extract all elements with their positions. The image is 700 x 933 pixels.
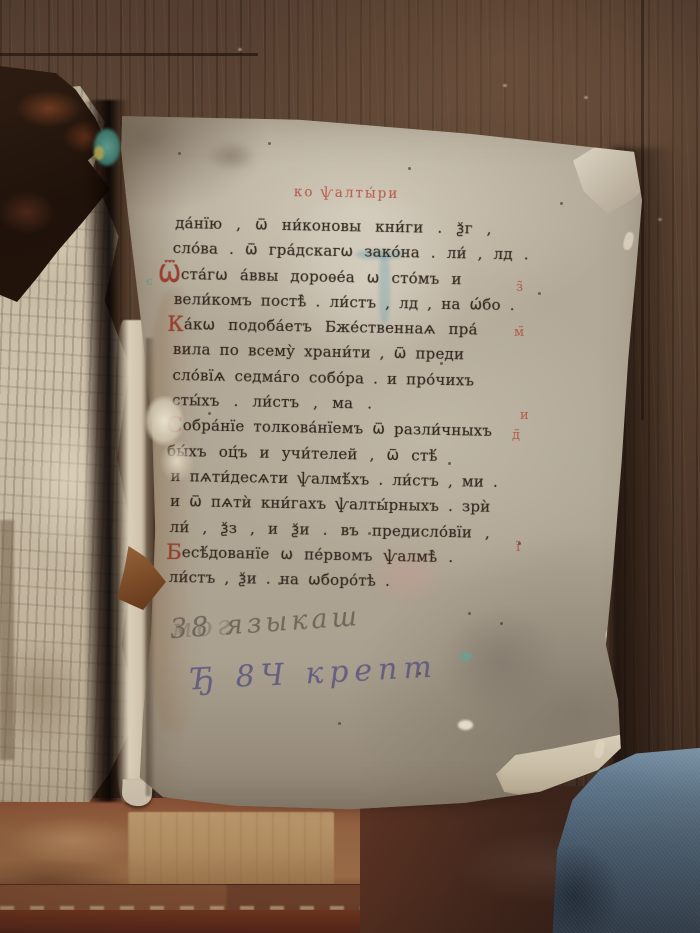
foxing-specks — [178, 152, 181, 155]
pencil-text-faint: мог — [169, 610, 235, 645]
printed-text-block: ко ѱалты́ри да́нїю , ѿ ни́коновы кни́ги … — [169, 182, 596, 598]
handwritten-note-ink: Ђ 8Ч крепт — [189, 650, 438, 698]
line-text: ли́стъ , ѯи . на ѡборо́тѣ . — [169, 565, 391, 594]
red-margin-mark: д̃ — [512, 428, 520, 443]
endband-gold-thread — [94, 146, 104, 160]
teal-ink-dot — [460, 652, 472, 661]
red-initial: К — [167, 312, 184, 336]
red-margin-mark: м̃ — [514, 325, 524, 340]
floor-bottom-board — [0, 910, 402, 933]
text-lines: да́нїю , ѿ ни́коновы кни́ги . ѯг , сло́в… — [169, 211, 596, 598]
dust-speck — [584, 96, 588, 99]
red-rubric-header: ко ѱалты́ри — [294, 184, 596, 206]
top-left-stain — [196, 134, 266, 178]
white-paper-fleck — [458, 720, 473, 730]
line-text: сты́хъ . ли́стъ , ма . — [172, 388, 373, 417]
antique-psalter-book-photo: ко ѱалты́ри да́нїю , ѿ ни́коновы кни́ги … — [0, 0, 700, 933]
red-margin-mark: з̃ — [516, 280, 523, 295]
torn-paper-flake — [141, 396, 199, 484]
gray-stain — [418, 588, 583, 733]
dust-speck — [503, 84, 507, 87]
red-margin-mark: і̃ — [516, 540, 520, 555]
frayed-edge-fleck — [622, 231, 635, 251]
teal-margin-mark: є — [146, 274, 153, 288]
floor-board-seam-horizontal — [0, 53, 258, 56]
left-page-edge-shading — [0, 520, 14, 760]
dust-speck — [238, 48, 242, 51]
red-initial: Ѿ — [158, 259, 181, 287]
red-margin-mark: и — [520, 408, 529, 423]
red-initial: Б — [166, 540, 182, 564]
handwritten-note-pencil: 38 языкаш мог — [169, 610, 235, 645]
